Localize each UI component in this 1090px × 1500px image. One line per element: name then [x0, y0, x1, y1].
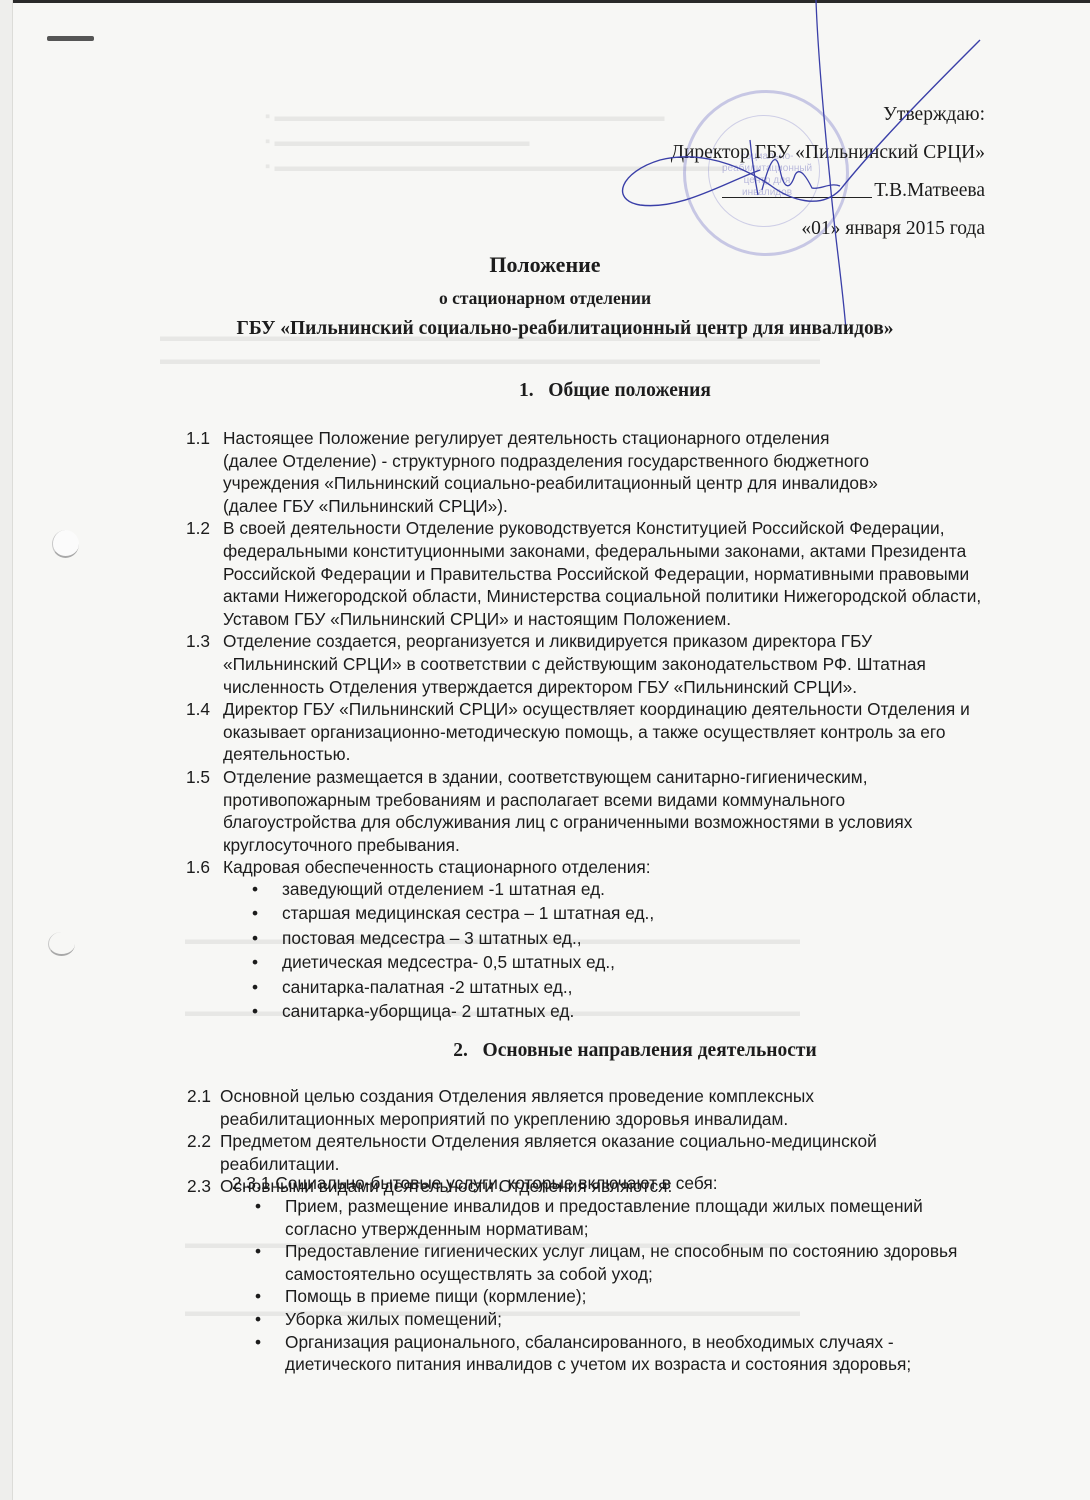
clause-number: 1.6: [186, 856, 223, 879]
staff-text: диетическая медсестра- 0,5 штатных ед.,: [282, 950, 615, 974]
clause-text: Отделение создается, реорганизуется и ли…: [223, 630, 986, 698]
bullet-icon: •: [255, 1331, 285, 1376]
staff-text: санитарка-уборщица- 2 штатных ед.: [282, 999, 574, 1023]
clause-text: Директор ГБУ «Пильнинский СРЦИ» осуществ…: [223, 698, 986, 766]
clause-1-2: 1.2В своей деятельности Отделение руково…: [186, 517, 986, 630]
bullet-icon: •: [252, 901, 282, 925]
clause-2-1: 2.1Основной целью создания Отделения явл…: [187, 1085, 997, 1130]
clause-text: Отделение размещается в здании, соответс…: [223, 766, 986, 856]
approval-date: «01» января 2015 года: [671, 210, 985, 248]
staff-item: •санитарка-палатная -2 штатных ед.,: [252, 975, 654, 999]
clause-text: Настоящее Положение регулирует деятельно…: [223, 427, 986, 517]
section-2-heading: 2. Основные направления деятельности: [0, 1040, 1090, 1062]
subsection-2-3-1: 2.3.1 Социально-бытовые услуги, которые …: [232, 1172, 718, 1195]
staff-text: постовая медсестра – 3 штатных ед.,: [282, 926, 582, 950]
service-text: Прием, размещение инвалидов и предоставл…: [285, 1195, 995, 1240]
service-item: •Помощь в приеме пищи (кормление);: [255, 1285, 995, 1308]
staff-text: санитарка-палатная -2 штатных ед.,: [282, 975, 572, 999]
staple-mark: [47, 36, 94, 41]
approver-position: Директор ГБУ «Пильнинский СРЦИ»: [671, 134, 985, 172]
service-item: •Предоставление гигиенических услуг лица…: [255, 1240, 995, 1285]
service-item: •Прием, размещение инвалидов и предостав…: [255, 1195, 995, 1240]
clause-number: 1.1: [186, 427, 223, 517]
scan-edge-top: [0, 0, 1090, 3]
service-item: •Уборка жилых помещений;: [255, 1308, 995, 1331]
service-text: Уборка жилых помещений;: [285, 1308, 502, 1331]
staff-text: заведующий отделением -1 штатная ед.: [282, 877, 605, 901]
service-text: Организация рационального, сбалансирован…: [285, 1331, 995, 1376]
bullet-icon: •: [255, 1308, 285, 1331]
bullet-icon: •: [255, 1240, 285, 1285]
clause-1-6: 1.6Кадровая обеспеченность стационарного…: [186, 856, 986, 879]
approval-block: Утверждаю: Директор ГБУ «Пильнинский СРЦ…: [671, 96, 985, 248]
service-text: Предоставление гигиенических услуг лицам…: [285, 1240, 995, 1285]
staff-text: старшая медицинская сестра – 1 штатная е…: [282, 901, 654, 925]
clause-number: 1.3: [186, 630, 223, 698]
approver-name-text: Т.В.Матвеева: [874, 180, 985, 201]
clause-text: Основной целью создания Отделения являет…: [220, 1085, 997, 1130]
bullet-icon: •: [255, 1195, 285, 1240]
service-item: •Организация рационального, сбалансирова…: [255, 1331, 995, 1376]
clause-1-1: 1.1Настоящее Положение регулирует деятел…: [186, 427, 986, 517]
clause-text: Кадровая обеспеченность стационарного от…: [223, 856, 986, 879]
clause-1-4: 1.4Директор ГБУ «Пильнинский СРЦИ» осуще…: [186, 698, 986, 766]
clause-1-5: 1.5Отделение размещается в здании, соотв…: [186, 766, 986, 856]
clause-number: 2.3: [187, 1175, 220, 1198]
section-1-heading: 1. Общие положения: [0, 380, 1090, 402]
staff-item: •старшая медицинская сестра – 1 штатная …: [252, 901, 654, 925]
clause-number: 1.5: [186, 766, 223, 856]
bullet-icon: •: [255, 1285, 285, 1308]
bullet-icon: •: [252, 926, 282, 950]
clause-number: 2.1: [187, 1085, 220, 1130]
punch-hole: [52, 530, 79, 558]
staff-item: •постовая медсестра – 3 штатных ед.,: [252, 926, 654, 950]
document-title: Положение: [0, 252, 1090, 278]
punch-hole: [48, 932, 75, 956]
staffing-list: •заведующий отделением -1 штатная ед. •с…: [252, 877, 654, 1023]
document-subtitle: о стационарном отделении: [0, 288, 1090, 309]
clause-text: Предметом деятельности Отделения являетс…: [220, 1130, 997, 1175]
clause-text: В своей деятельности Отделение руководст…: [223, 517, 986, 630]
services-list: •Прием, размещение инвалидов и предостав…: [255, 1195, 995, 1376]
signature-line: [722, 177, 872, 198]
bullet-icon: •: [252, 877, 282, 901]
approver-name: Т.В.Матвеева: [671, 172, 985, 210]
bullet-icon: •: [252, 999, 282, 1023]
clause-1-3: 1.3Отделение создается, реорганизуется и…: [186, 630, 986, 698]
organization-name: ГБУ «Пильнинский социально-реабилитацион…: [0, 318, 1090, 340]
approval-label: Утверждаю:: [671, 96, 985, 134]
bullet-icon: •: [252, 975, 282, 999]
staff-item: •заведующий отделением -1 штатная ед.: [252, 877, 654, 901]
clause-2-2: 2.2Предметом деятельности Отделения явля…: [187, 1130, 997, 1175]
service-text: Помощь в приеме пищи (кормление);: [285, 1285, 586, 1308]
clause-number: 2.2: [187, 1130, 220, 1175]
scan-edge-left: [0, 0, 13, 1500]
staff-item: •санитарка-уборщица- 2 штатных ед.: [252, 999, 654, 1023]
section-1-body: 1.1Настоящее Положение регулирует деятел…: [186, 427, 986, 879]
clause-number: 1.2: [186, 517, 223, 630]
clause-number: 1.4: [186, 698, 223, 766]
bullet-icon: •: [252, 950, 282, 974]
staff-item: •диетическая медсестра- 0,5 штатных ед.,: [252, 950, 654, 974]
